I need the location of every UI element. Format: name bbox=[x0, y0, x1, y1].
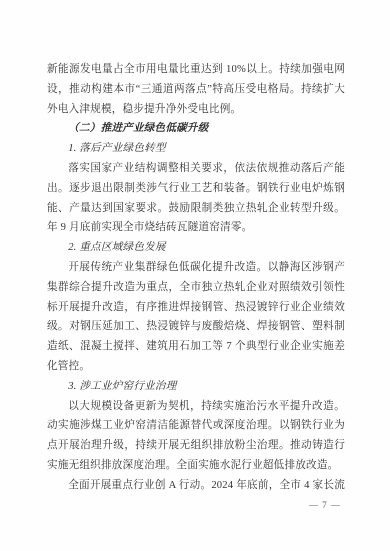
sub-heading: 3. 涉工业炉窑行业治理 bbox=[47, 377, 345, 397]
para-line: 动实施涉煤工业炉窑清洁能源替代或深度治理。以钢铁行业为重 bbox=[47, 416, 345, 436]
para-line: 点开展治理升级，持续开展无组织排放粉尘治理。推动铸造行业 bbox=[47, 436, 345, 456]
para-line: 级。对钢压延加工、热浸镀锌与废酸焙烧、焊接钢管、塑料制品、 bbox=[47, 317, 345, 337]
sub-heading: 2. 重点区域绿色发展 bbox=[47, 238, 345, 258]
para-line: 落实国家产业结构调整相关要求，依法依规推动落后产能退 bbox=[47, 159, 345, 179]
para-line: 年 9 月底前实现全市烧结砖瓦隧道窑清零。 bbox=[47, 218, 345, 238]
para-line: 全面开展重点行业创 A 行动。2024 年底前，全市 4 家长流 bbox=[47, 476, 345, 496]
para-line: 设，推动构建本市“三通道两落点”特高压受电格局。持续扩大 bbox=[47, 80, 345, 100]
para-line: 标开展提升改造，有序推进焊接钢管、热浸镀锌行业企业绩效升 bbox=[47, 298, 345, 318]
para-line: 能、产量达到国家要求。鼓励限制类独立热轧企业转型升级。2025 bbox=[47, 199, 345, 219]
sub-heading: 1. 落后产业绿色转型 bbox=[47, 139, 345, 159]
para-line: 以大规模设备更新为契机，持续实施治污水平提升改造。推 bbox=[47, 397, 345, 417]
para-line: 化管控。 bbox=[47, 357, 345, 377]
page-number: — 7 — bbox=[309, 499, 341, 511]
para-line: 集群综合提升改造为重点，全市独立热轧企业对照绩效引领性指 bbox=[47, 278, 345, 298]
document-body: 新能源发电量占全市用电量比重达到 10%以上。持续加强电网建 设，推动构建本市“… bbox=[47, 60, 345, 496]
para-line: 新能源发电量占全市用电量比重达到 10%以上。持续加强电网建 bbox=[47, 60, 345, 80]
para-line: 出。逐步退出限制类涉气行业工艺和装备。钢铁行业电炉炼钢产 bbox=[47, 179, 345, 199]
para-line: 外电入津规模，稳步提升净外受电比例。 bbox=[47, 100, 345, 120]
para-line: 实施无组织排放深度治理。全面实施水泥行业超低排放改造。 bbox=[47, 456, 345, 476]
document-page: 新能源发电量占全市用电量比重达到 10%以上。持续加强电网建 设，推动构建本市“… bbox=[0, 0, 390, 551]
para-line: 造纸、混凝土搅拌、建筑用石加工等 7 个典型行业企业实施差异 bbox=[47, 337, 345, 357]
section-heading: （二）推进产业绿色低碳升级 bbox=[47, 119, 345, 139]
para-line: 开展传统产业集群绿色低碳化提升改造。以静海区涉钢产业 bbox=[47, 258, 345, 278]
